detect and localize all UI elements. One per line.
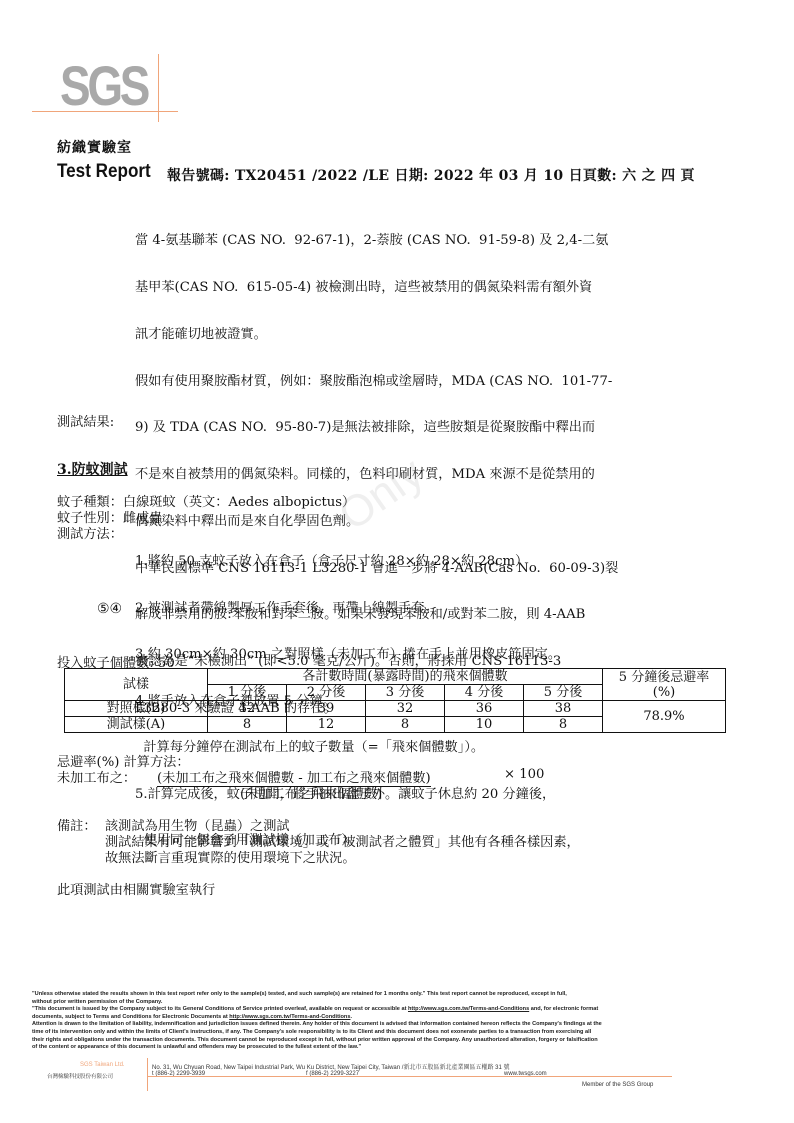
- disclaimer-text: and, for electronic format: [529, 1006, 598, 1012]
- disclaimer-text: .: [350, 1014, 352, 1020]
- intro-line: 不是來自被禁用的偶氮染料。同樣的，色料印刷材質，MDA 來源不是從禁用的: [135, 467, 618, 483]
- intro-line: 當 4-氨基聯苯 (CAS NO. 92-67-1)，2-萘胺 (CAS NO.…: [135, 233, 618, 249]
- disclaimer-line: without prior written permission of the …: [32, 999, 762, 1007]
- time-header: 2 分後: [287, 685, 366, 701]
- rate-header-line1: 5 分鐘後忌避率: [603, 670, 725, 685]
- rate-header-line2: (%): [603, 685, 725, 700]
- cell: 38: [524, 701, 603, 717]
- footer-divider-vertical: [147, 1058, 148, 1091]
- terms-link[interactable]: http://www.sgs.com.tw/Terms-and-Conditio…: [408, 1006, 529, 1012]
- cell: 32: [366, 701, 445, 717]
- cell: 36: [445, 701, 524, 717]
- row-label: 對照樣(B): [65, 701, 208, 717]
- disclaimer-line: "Unless otherwise stated the results sho…: [32, 991, 762, 999]
- method-step: 1.將約 50 支蚊子放入在盒子（盒子尺寸約 28×約 28×約 28cm）: [135, 554, 561, 570]
- disclaimer-line: of the content or appearance of this doc…: [32, 1044, 762, 1052]
- report-title: Test Report: [57, 161, 151, 183]
- disclaimer-line: their rights and obligations under the t…: [32, 1037, 762, 1045]
- cell: 12: [287, 717, 366, 733]
- sample-header: 試樣: [65, 669, 208, 701]
- remarks-line: 故無法斷言重現實際的使用環境下之狀況。: [105, 847, 356, 866]
- rate-header: 5 分鐘後忌避率 (%): [603, 669, 726, 701]
- cell: 32: [208, 701, 287, 717]
- time-header: 1 分後: [208, 685, 287, 701]
- intro-line: 訊才能確切地被證實。: [135, 327, 618, 343]
- cell: 39: [287, 701, 366, 717]
- formula-prefix: 未加工布之：: [57, 767, 136, 786]
- footer-address: No. 31, Wu Chyuan Road, New Taipei Indus…: [152, 1062, 509, 1071]
- footer-company-en: SGS Taiwan Ltd.: [80, 1062, 125, 1068]
- cell: 8: [524, 717, 603, 733]
- table-row: 對照樣(B) 32 39 32 36 38 78.9%: [65, 701, 726, 717]
- lab-name: 紡織實驗室: [57, 137, 132, 157]
- cell: 8: [208, 717, 287, 733]
- cell: 10: [445, 717, 524, 733]
- rate-value: 78.9%: [603, 701, 726, 733]
- footer-company-zh: 台灣檢驗科技股份有限公司: [47, 1072, 113, 1080]
- method-label: 測試方法：: [57, 523, 123, 542]
- disclaimer-line: documents, subject to Terms and Conditio…: [32, 1014, 762, 1022]
- time-header: 4 分後: [445, 685, 524, 701]
- footer-divider-horizontal: [148, 1076, 672, 1077]
- mosquito-count-table: 試樣 各計數時間(暴露時間)的飛來個體數 5 分鐘後忌避率 (%) 1 分後 2…: [64, 668, 726, 733]
- sgs-logo: SGS: [60, 58, 142, 118]
- disclaimer-line: Attention is drawn to the limitation of …: [32, 1021, 762, 1029]
- time-header: 3 分後: [366, 685, 445, 701]
- disclaimer-line: "This document is issued by the Company …: [32, 1006, 762, 1014]
- intro-line: 9) 及 TDA (CAS NO. 95-80-7)是無法被排除，這些胺類是從聚…: [135, 420, 618, 436]
- electronic-terms-link[interactable]: http://www.sgs.com.tw/Terms-and-Conditio…: [229, 1014, 350, 1020]
- footer-member: Member of the SGS Group: [582, 1082, 653, 1088]
- row-label: 測試樣(A): [65, 717, 208, 733]
- test-result-label: 測試結果:: [57, 411, 114, 430]
- method-step: 2.被測試者帶綿製厚工作手套後，再帶上綿製手套。: [135, 601, 561, 617]
- time-header: 5 分後: [524, 685, 603, 701]
- cell: 8: [366, 717, 445, 733]
- formula-multiplier: × 100: [504, 767, 544, 782]
- disclaimer-text: "This document is issued by the Company …: [32, 1006, 408, 1012]
- section-title: 3.防蚊測試: [57, 459, 128, 479]
- logo-divider-vertical: [158, 54, 159, 122]
- formula-denominator: (未加工布之飛來個體數): [240, 783, 382, 802]
- table-header-row: 試樣 各計數時間(暴露時間)的飛來個體數 5 分鐘後忌避率 (%): [65, 669, 726, 685]
- intro-line: 假如有使用聚胺酯材質，例如：聚胺酯泡棉或塗層時，MDA (CAS NO. 101…: [135, 374, 618, 390]
- group-header: 各計數時間(暴露時間)的飛來個體數: [208, 669, 603, 685]
- disclaimer-text: documents, subject to Terms and Conditio…: [32, 1014, 229, 1020]
- logo-divider-horizontal: [32, 111, 178, 112]
- method-step: 3.約 30cm×約 30cm 之對照樣（未加工布）捲在手上並用橡皮筋固定。: [135, 647, 561, 663]
- executed-by: 此項測試由相關實驗室執行: [57, 879, 215, 898]
- intro-line: 基甲苯(CAS NO. 615-05-4) 被檢測出時，這些被禁用的偶氮染料需有…: [135, 280, 618, 296]
- remarks-label: 備註：: [57, 815, 97, 834]
- report-meta: 報告號碼: TX20451 /2022 /LE 日期: 2022 年 03 月 …: [167, 165, 695, 185]
- disclaimer-line: time of its intervention only and within…: [32, 1029, 762, 1037]
- step-marker: ⑤④: [97, 601, 122, 617]
- method-step: 計算每分鐘停在測試布上的蚊子數量（=「飛來個體數」）。: [135, 740, 561, 756]
- legal-disclaimer: "Unless otherwise stated the results sho…: [32, 991, 762, 1052]
